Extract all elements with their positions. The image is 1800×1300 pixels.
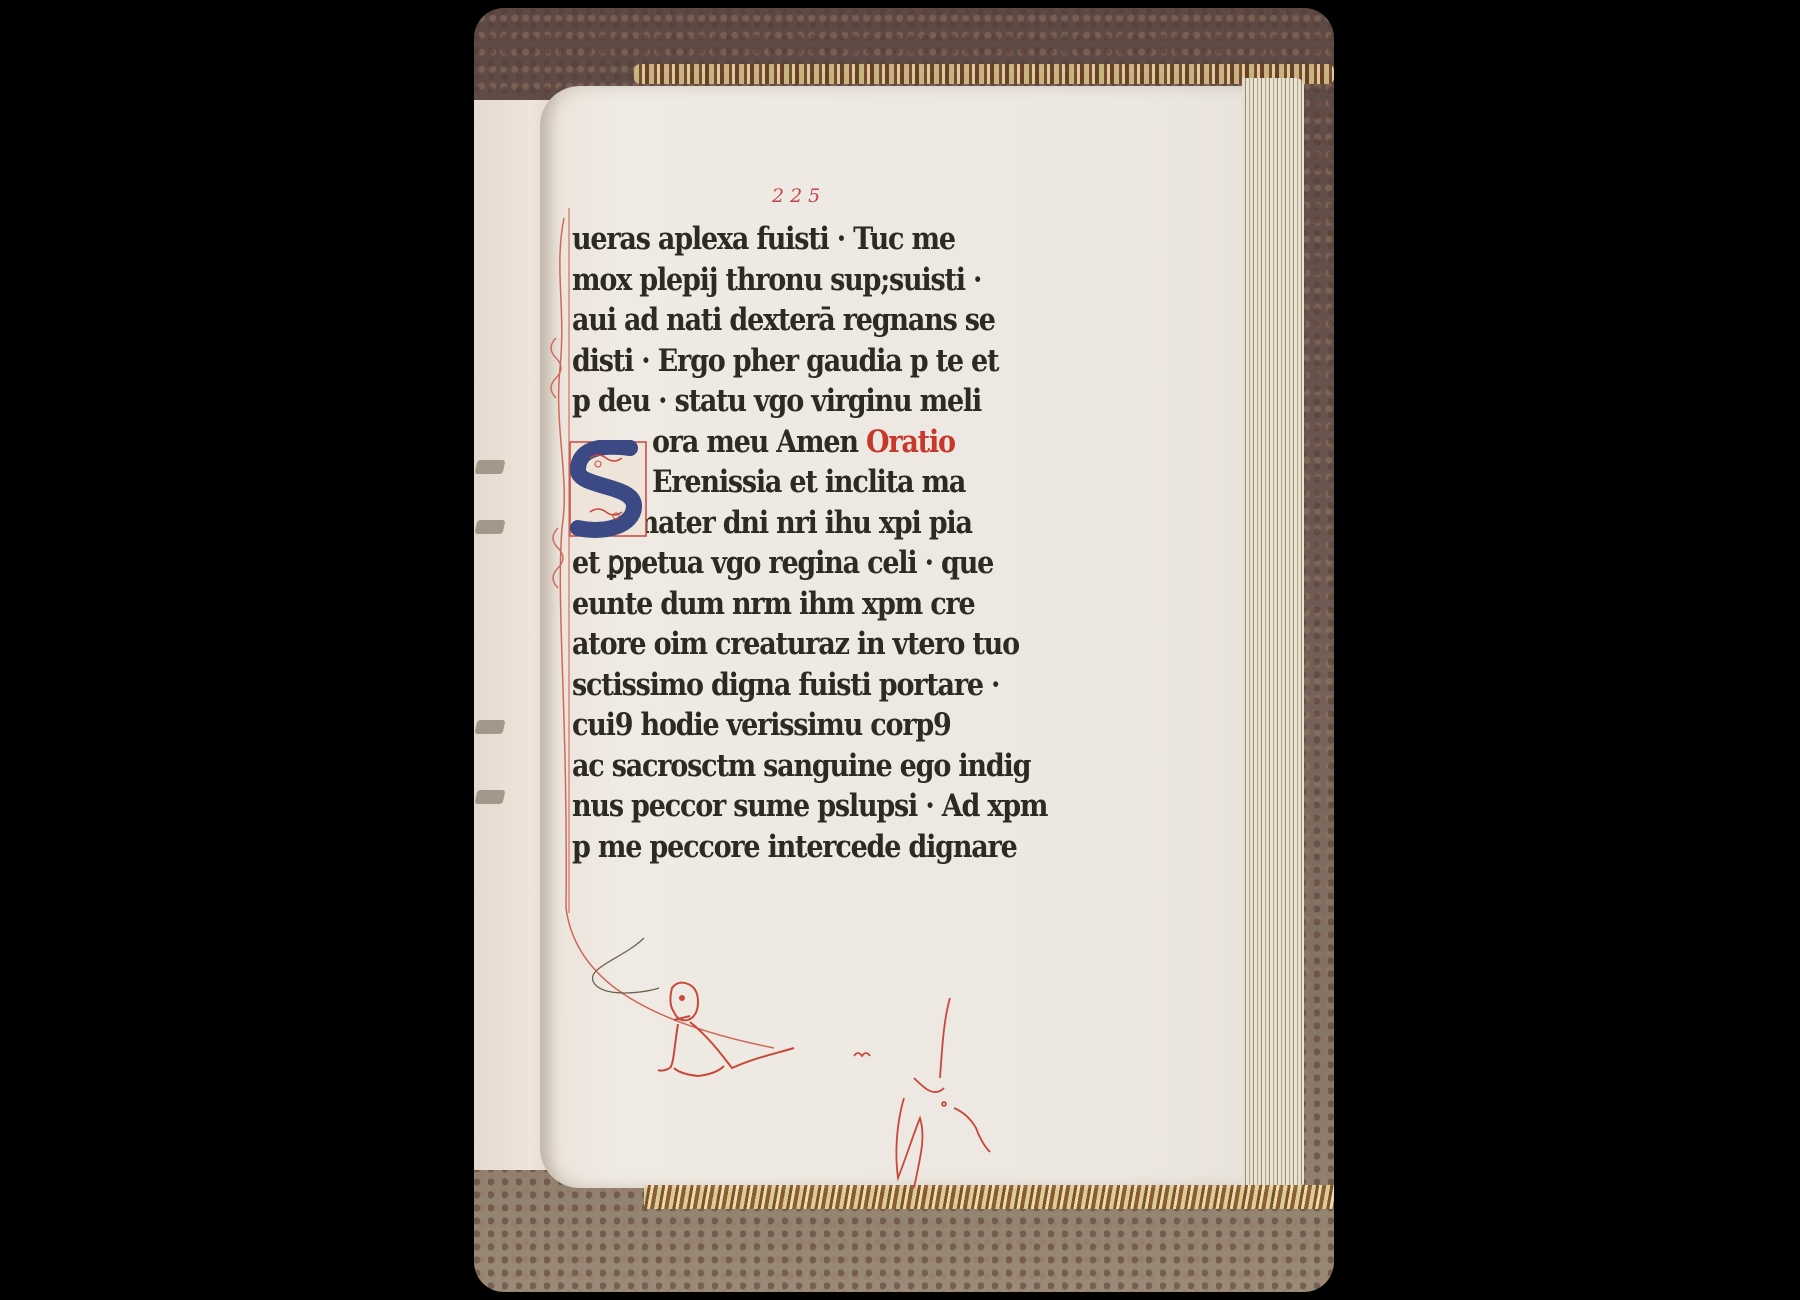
fore-edge-leaves (1242, 78, 1304, 1190)
text-line: ueras aplexa fuisti · Tuc me (572, 217, 992, 264)
gilt-edge-top (634, 64, 1334, 84)
text-line: et ꝑpetua vgo regina celi · que (572, 541, 992, 588)
gilt-edge-bottom (644, 1185, 1334, 1209)
text-line: p deu · statu vgo virginu meli (572, 379, 992, 426)
folio-number: 225 (772, 185, 826, 207)
ghost-text (475, 720, 506, 734)
text-line: cui9 hodie verissimu corp9 (572, 703, 992, 750)
slide-frame: 225 ueras aplexa fuisti · Tuc me mox ple… (474, 8, 1334, 1292)
text-block: ueras aplexa fuisti · Tuc me mox plepij … (572, 220, 992, 868)
ghost-text (475, 460, 506, 474)
ruling-line (568, 208, 570, 913)
rubric-heading: Oratio (866, 424, 955, 460)
ghost-text (475, 790, 506, 804)
text-line: aui ad nati dexterā regnans se (572, 298, 992, 345)
text-line: atore oim creaturaz in vtero tuo (572, 622, 992, 669)
illuminated-initial-s (568, 440, 648, 538)
text-line: p me peccore intercede dignare (572, 824, 992, 871)
text-line: nus peccor sume pslupsi · Ad xpm (572, 784, 992, 831)
ghost-text (475, 520, 506, 534)
